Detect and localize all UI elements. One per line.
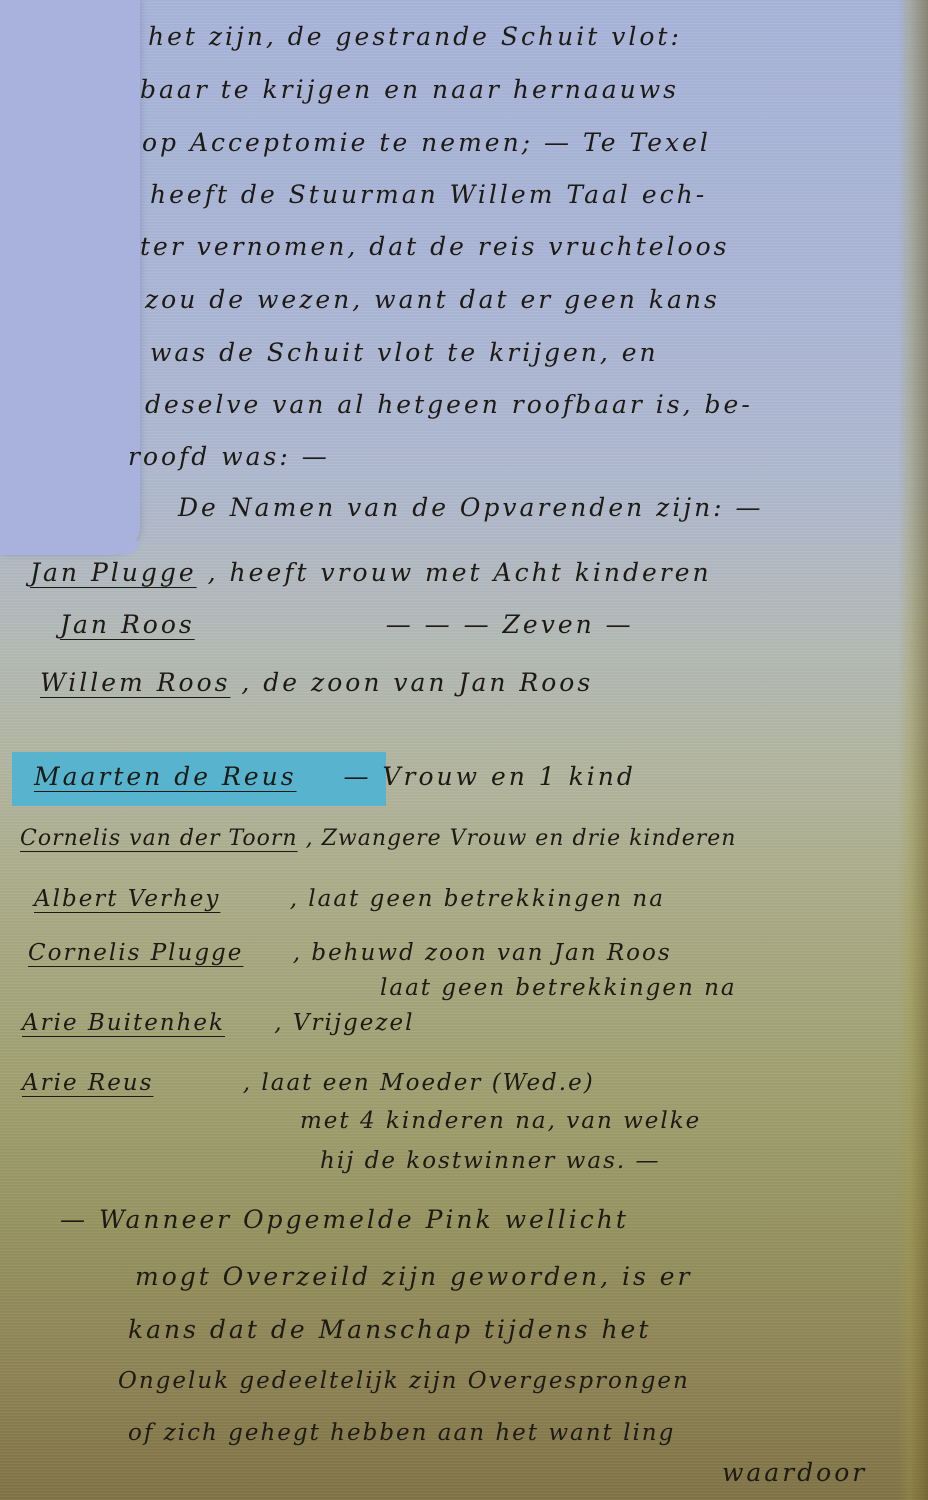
crew-entry: Jan Plugge , heeft vrouw met Acht kinder… xyxy=(30,558,712,587)
text-line: het zijn, de gestrande Schuit vlot: xyxy=(148,22,682,51)
crew-note: , laat een Moeder (Wed.e) xyxy=(243,1070,595,1096)
text-line: mogt Overzeild zijn geworden, is er xyxy=(135,1262,693,1291)
text-line: Ongeluk gedeeltelijk zijn Overgesprongen xyxy=(118,1368,690,1394)
text-line: op Acceptomie te nemen; — Te Texel xyxy=(142,128,711,157)
crew-heading: De Namen van de Opvarenden zijn: — xyxy=(178,493,764,522)
text-line: zou de wezen, want dat er geen kans xyxy=(145,285,720,314)
crew-entry: Cornelis Plugge , behuwd zoon van Jan Ro… xyxy=(28,940,672,966)
crew-entry: Maarten de Reus — Vrouw en 1 kind xyxy=(34,762,636,791)
crew-name: Albert Verhey xyxy=(34,886,220,912)
crew-entry: Arie Buitenhek , Vrijgezel xyxy=(22,1010,414,1036)
crew-note: , behuwd zoon van Jan Roos xyxy=(293,940,672,966)
crew-note-continued: laat geen betrekkingen na xyxy=(380,975,737,1001)
overlapping-paper-scrap xyxy=(0,0,140,555)
text-line: kans dat de Manschap tijdens het xyxy=(128,1315,651,1344)
crew-entry: Willem Roos , de zoon van Jan Roos xyxy=(40,668,593,697)
text-line: deselve van al hetgeen roofbaar is, be- xyxy=(145,390,753,419)
crew-note: , Vrijgezel xyxy=(274,1010,414,1036)
text-line: baar te krijgen en naar hernaauws xyxy=(140,75,679,104)
crew-note: , de zoon van Jan Roos xyxy=(241,668,593,697)
crew-entry: Cornelis van der Toorn , Zwangere Vrouw … xyxy=(20,826,736,851)
text-line: ter vernomen, dat de reis vruchteloos xyxy=(140,232,729,261)
crew-entry: Albert Verhey , laat geen betrekkingen n… xyxy=(34,886,665,912)
page-edge-shadow xyxy=(898,0,928,1500)
crew-note: , laat geen betrekkingen na xyxy=(290,886,665,912)
crew-name: Jan Roos xyxy=(60,610,195,639)
crew-name: Maarten de Reus xyxy=(34,762,297,791)
text-line: was de Schuit vlot te krijgen, en xyxy=(150,338,659,367)
text-line: roofd was: — xyxy=(128,442,330,471)
text-line: — Wanneer Opgemelde Pink wellicht xyxy=(60,1205,629,1234)
crew-note: , Zwangere Vrouw en drie kinderen xyxy=(306,826,737,851)
crew-note: — Vrouw en 1 kind xyxy=(344,762,636,791)
crew-name: Jan Plugge xyxy=(30,558,197,587)
text-line: waardoor xyxy=(722,1458,867,1487)
crew-name: Cornelis van der Toorn xyxy=(20,826,298,851)
crew-entry: Jan Roos — — — Zeven — xyxy=(60,610,634,639)
crew-note: — — — Zeven — xyxy=(386,610,634,639)
crew-name: Arie Reus xyxy=(22,1070,153,1096)
crew-note-continued: met 4 kinderen na, van welke xyxy=(300,1108,701,1134)
crew-note: , heeft vrouw met Acht kinderen xyxy=(208,558,712,587)
crew-entry: Arie Reus , laat een Moeder (Wed.e) xyxy=(22,1070,595,1096)
crew-name: Willem Roos xyxy=(40,668,230,697)
text-line: heeft de Stuurman Willem Taal ech- xyxy=(150,180,707,209)
text-line: of zich gehegt hebben aan het want ling xyxy=(128,1420,675,1446)
crew-note-continued: hij de kostwinner was. — xyxy=(320,1148,661,1174)
crew-name: Arie Buitenhek xyxy=(22,1010,225,1036)
crew-name: Cornelis Plugge xyxy=(28,940,243,966)
